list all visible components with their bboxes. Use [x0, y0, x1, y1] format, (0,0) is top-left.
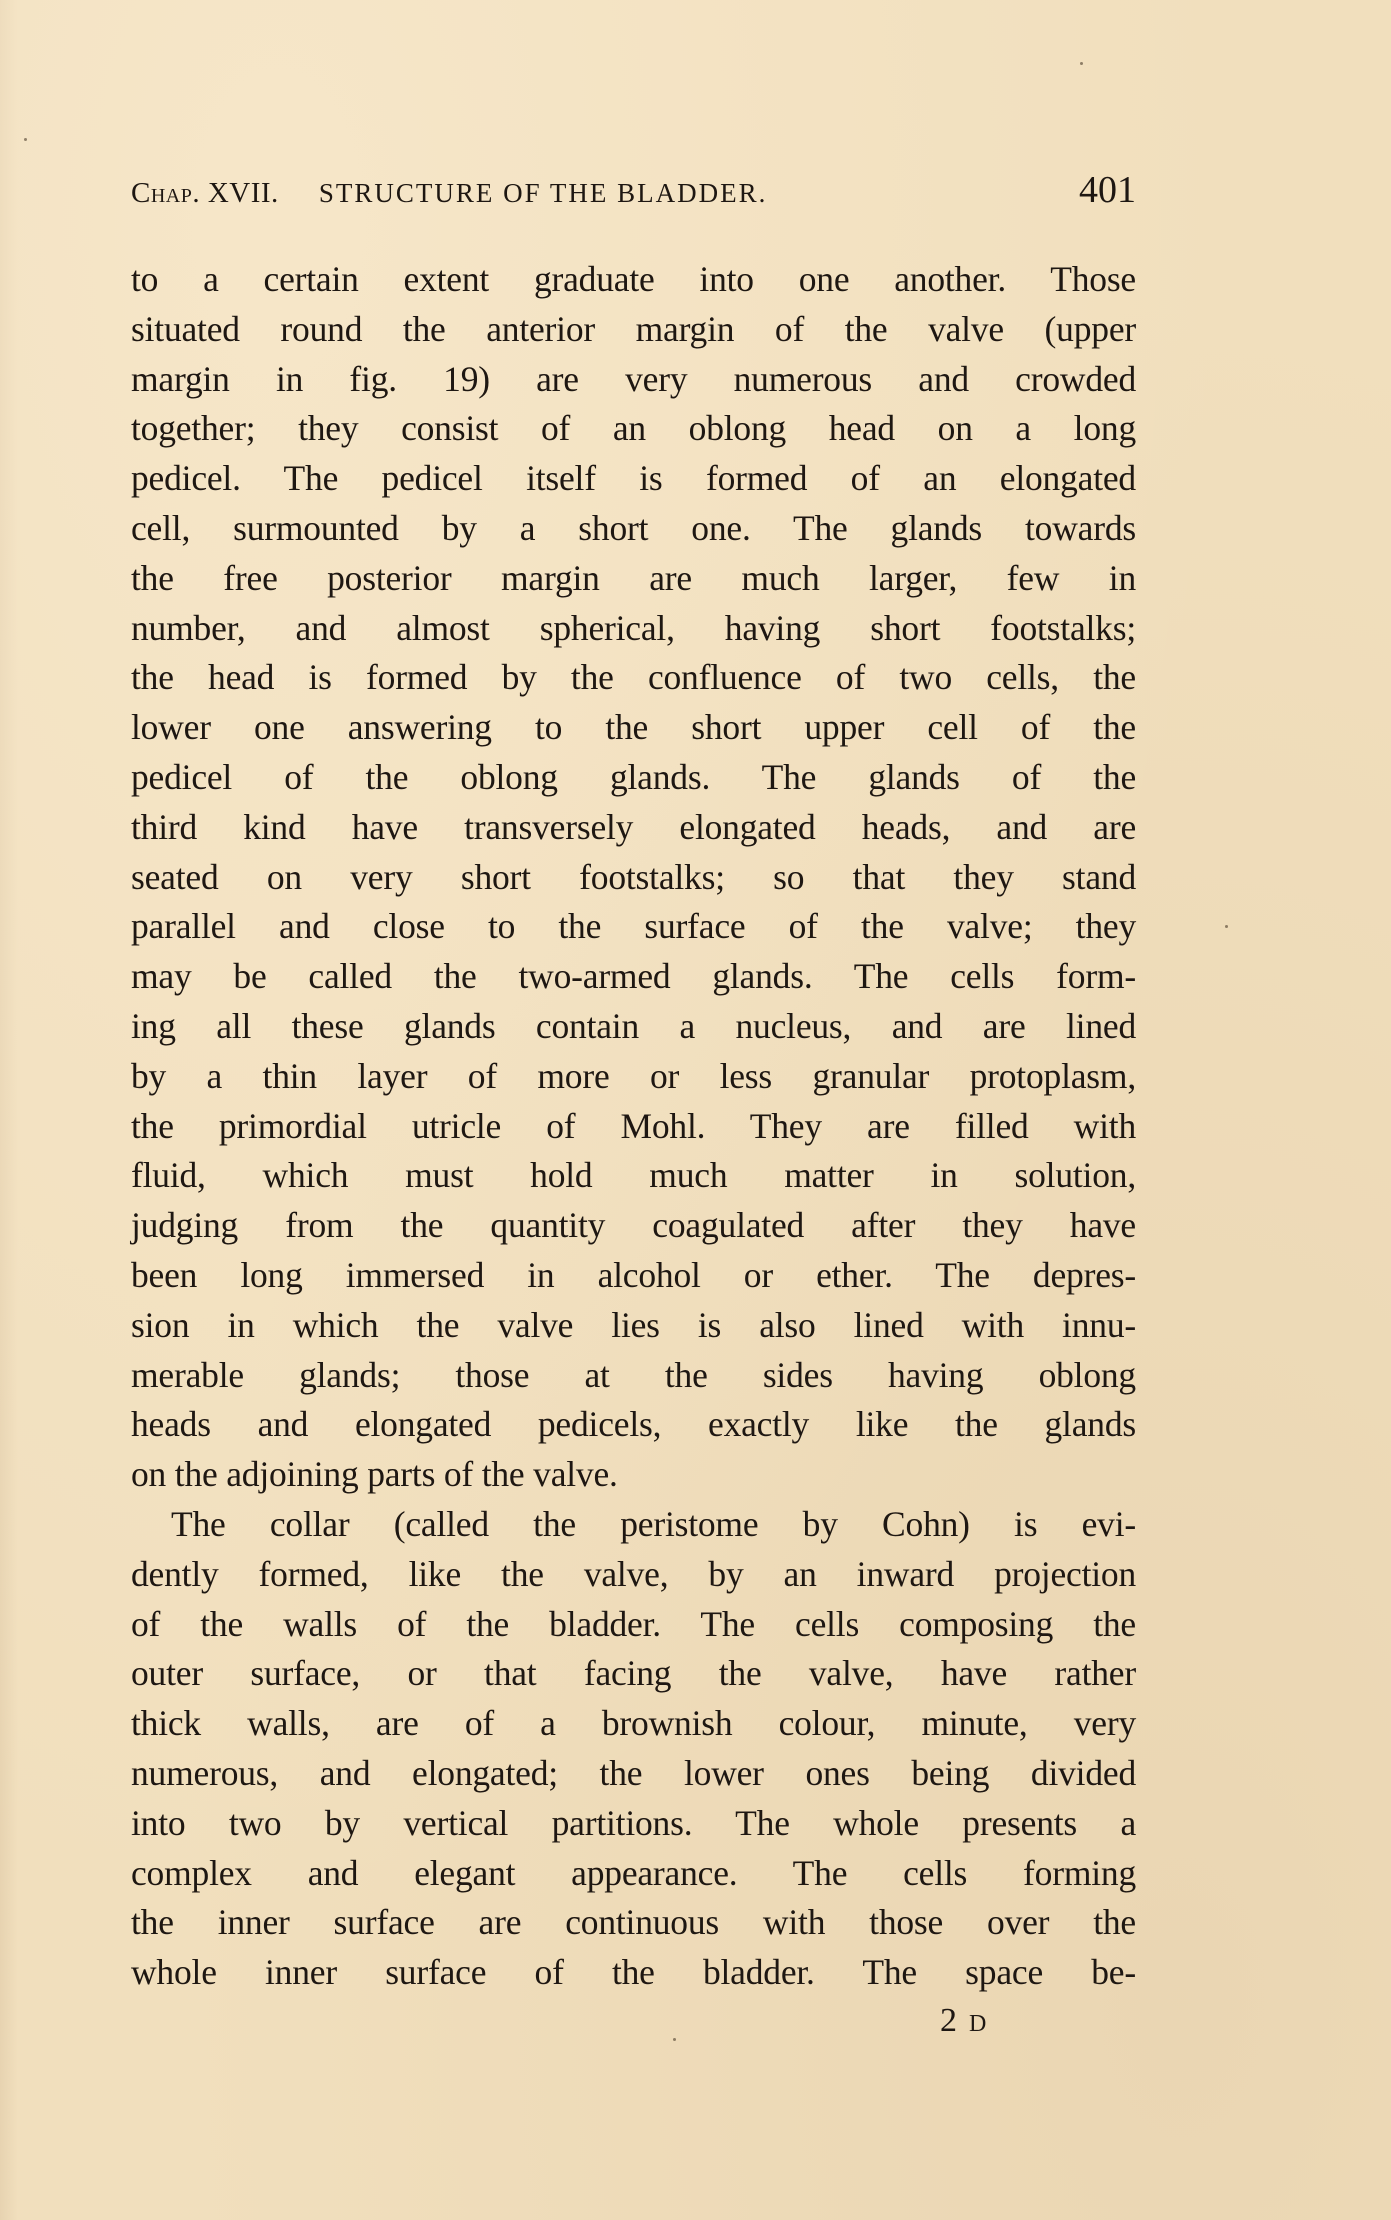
running-head: Chap. XVII. STRUCTURE OF THE BLADDER. 40…	[131, 168, 1136, 218]
text-line: thick walls, are of a brownish colour, m…	[131, 1699, 1136, 1749]
text-line: fluid, which must hold much matter in so…	[131, 1151, 1136, 1201]
text-line: may be called the two-armed glands. The …	[131, 952, 1136, 1002]
text-line: been long immersed in alcohol or ether. …	[131, 1251, 1136, 1301]
page-number: 401	[1079, 168, 1136, 212]
book-page: Chap. XVII. STRUCTURE OF THE BLADDER. 40…	[0, 0, 1391, 2220]
running-title: STRUCTURE OF THE BLADDER.	[319, 178, 1079, 209]
paragraph-1: to a certain extent graduate into one an…	[131, 255, 1136, 1500]
text-line: situated round the anterior margin of th…	[131, 305, 1136, 355]
text-line: seated on very short footstalks; so that…	[131, 853, 1136, 903]
text-line: the primordial utricle of Mohl. They are…	[131, 1102, 1136, 1152]
text-line: cell, surmounted by a short one. The gla…	[131, 504, 1136, 554]
text-line: pedicel of the oblong glands. The glands…	[131, 753, 1136, 803]
text-line: lower one answering to the short upper c…	[131, 703, 1136, 753]
text-line: ing all these glands contain a nucleus, …	[131, 1002, 1136, 1052]
text-line: parallel and close to the surface of the…	[131, 902, 1136, 952]
text-line: margin in fig. 19) are very numerous and…	[131, 355, 1136, 405]
text-line: into two by vertical partitions. The who…	[131, 1799, 1136, 1849]
text-line: complex and elegant appearance. The cell…	[131, 1849, 1136, 1899]
signature-letter: D	[969, 2011, 998, 2037]
paragraph-2: The collar (called the peristome by Cohn…	[131, 1500, 1136, 1998]
paper-speck	[673, 2038, 676, 2041]
text-line: heads and elongated pedicels, exactly li…	[131, 1400, 1136, 1450]
text-line: of the walls of the bladder. The cells c…	[131, 1600, 1136, 1650]
paper-speck	[1225, 925, 1228, 928]
text-line: the free posterior margin are much large…	[131, 554, 1136, 604]
text-line: pedicel. The pedicel itself is formed of…	[131, 454, 1136, 504]
paper-speck	[24, 138, 27, 141]
text-line: the head is formed by the confluence of …	[131, 653, 1136, 703]
text-line: on the adjoining parts of the valve.	[131, 1450, 1136, 1500]
text-line: the inner surface are continuous with th…	[131, 1898, 1136, 1948]
text-line: outer surface, or that facing the valve,…	[131, 1649, 1136, 1699]
text-line: whole inner surface of the bladder. The …	[131, 1948, 1136, 1998]
text-line: by a thin layer of more or less granular…	[131, 1052, 1136, 1102]
text-line: third kind have transversely elongated h…	[131, 803, 1136, 853]
text-line: together; they consist of an oblong head…	[131, 404, 1136, 454]
signature-mark: 2D	[940, 2002, 998, 2040]
text-line: to a certain extent graduate into one an…	[131, 255, 1136, 305]
text-line: merable glands; those at the sides havin…	[131, 1351, 1136, 1401]
body-text: to a certain extent graduate into one an…	[131, 255, 1136, 1998]
text-line: The collar (called the peristome by Cohn…	[131, 1500, 1136, 1550]
chapter-label: Chap. XVII.	[131, 177, 279, 210]
text-line: numerous, and elongated; the lower ones …	[131, 1749, 1136, 1799]
text-line: number, and almost spherical, having sho…	[131, 604, 1136, 654]
text-line: sion in which the valve lies is also lin…	[131, 1301, 1136, 1351]
text-line: dently formed, like the valve, by an inw…	[131, 1550, 1136, 1600]
paper-speck	[1080, 62, 1083, 65]
signature-number: 2	[940, 2002, 969, 2039]
text-line: judging from the quantity coagulated aft…	[131, 1201, 1136, 1251]
